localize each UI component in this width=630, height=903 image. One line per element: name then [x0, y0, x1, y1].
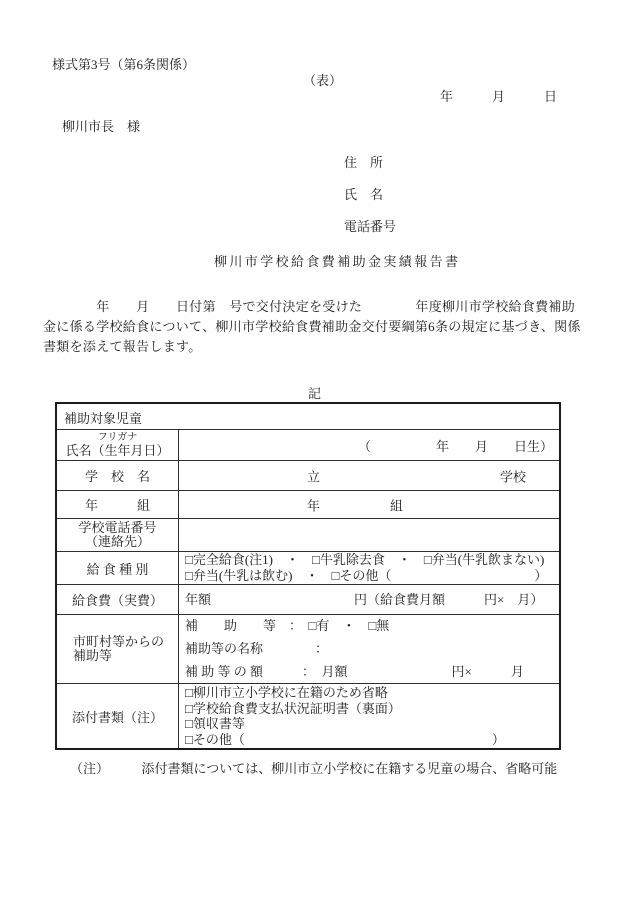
meal-type-options-line2: □弁当(牛乳は飲む) ・ □その他（ ）: [185, 568, 559, 584]
meal-type-label: 給 食 種 別: [87, 559, 149, 578]
attachment-item-4: □その他（ ）: [185, 732, 559, 748]
table-row-phone: 学校電話番号 （連絡先）: [57, 518, 559, 551]
subsidy-label-line1: 市町村等からの: [73, 635, 164, 649]
grade-year-text: 年: [307, 495, 320, 514]
meal-cost-line: 年額 円（給食費月額 円× 月）: [185, 592, 559, 608]
side-label: （表）: [303, 70, 342, 89]
report-table: 補助対象児童 フリガナ 氏名（生年月日） （ 年 月 日生） 学 校 名 立 学…: [55, 402, 561, 750]
attachments-value-cell: □柳川市立小学校に在籍のため省略 □学校給食費支払状況証明書（裏面） □領収書等…: [179, 684, 559, 748]
name-value-cell: （ 年 月 日生）: [179, 430, 559, 460]
school-label: 学 校 名: [85, 466, 150, 485]
subsidy-name-line: 補助等の名称 ：: [185, 641, 559, 657]
phone-value-cell: [179, 519, 559, 551]
table-row-name: フリガナ 氏名（生年月日） （ 年 月 日生）: [57, 429, 559, 460]
sender-name-label: 氏 名: [344, 184, 383, 203]
meal-cost-value-cell: 年額 円（給食費月額 円× 月）: [179, 585, 559, 614]
table-row-meal-type: 給 食 種 別 □完全給食(注1) ・ □牛乳除去食 ・ □弁当(牛乳飲まない)…: [57, 551, 559, 584]
subsidy-value-cell: 補 助 等 ： □有 ・ □無 補助等の名称 ： 補 助 等 の 額 ： 月額 …: [179, 615, 559, 683]
grade-value-cell: 年 組: [179, 491, 559, 518]
document-title: 柳川市学校給食費補助金実績報告書: [214, 251, 460, 270]
meal-type-value-cell: □完全給食(注1) ・ □牛乳除去食 ・ □弁当(牛乳飲まない) ・ □弁当(牛…: [179, 552, 559, 584]
document-page: 様式第3号（第6条関係） （表） 年 月 日 柳川市長 様 住 所 氏 名 電話…: [0, 0, 630, 903]
form-number: 様式第3号（第6条関係）: [52, 54, 195, 73]
ki-label: 記: [308, 383, 321, 402]
grade-class-text: 組: [390, 495, 403, 514]
meal-cost-label: 給食費（実費）: [72, 590, 163, 609]
addressee: 柳川市長 様: [62, 116, 140, 135]
birthdate-placeholder: （ 年 月 日生）: [358, 436, 553, 455]
school-phone-label: 学校電話番号: [78, 521, 156, 535]
school-phone-sublabel: （連絡先）: [85, 535, 150, 549]
body-line-3: 書類を添えて報告します。: [43, 337, 591, 357]
table-row-meal-cost: 給食費（実費） 年額 円（給食費月額 円× 月）: [57, 584, 559, 614]
footnote: （注） 添付書類については、柳川市立小学校に在籍する児童の場合、省略可能: [70, 758, 557, 777]
attachment-item-2: □学校給食費支払状況証明書（裏面）: [185, 701, 559, 717]
body-line-2: 金に係る学校給食について、柳川市学校給食費補助金交付要綱第6条の規定に基づき、関…: [43, 317, 591, 337]
table-row-attachments: 添付書類（注） □柳川市立小学校に在籍のため省略 □学校給食費支払状況証明書（裏…: [57, 683, 559, 748]
table-row-school: 学 校 名 立 学校: [57, 460, 559, 490]
meal-type-options-line1: □完全給食(注1) ・ □牛乳除去食 ・ □弁当(牛乳飲まない) ・: [185, 552, 559, 568]
grade-label: 年 組: [85, 495, 150, 514]
date-line: 年 月 日: [440, 86, 557, 105]
attachment-item-1: □柳川市立小学校に在籍のため省略: [185, 685, 559, 701]
attachment-item-3: □領収書等: [185, 716, 559, 732]
sender-phone-label: 電話番号: [344, 216, 396, 235]
subsidy-amount-line: 補 助 等 の 額 ： 月額 円× 月: [185, 664, 559, 680]
subsidy-label-line2: 補助等: [73, 649, 112, 663]
table-row-header: 補助対象児童: [57, 404, 559, 429]
sender-address-label: 住 所: [344, 152, 383, 171]
subsidy-presence-line: 補 助 等 ： □有 ・ □無: [185, 618, 559, 634]
table-header-label: 補助対象児童: [57, 404, 559, 429]
table-row-subsidy: 市町村等からの 補助等 補 助 等 ： □有 ・ □無 補助等の名称 ： 補 助…: [57, 614, 559, 683]
school-gakkou-text: 学校: [500, 466, 526, 485]
body-line-1: 年 月 日付第 号で交付決定を受けた 年度柳川市学校給食費補助: [43, 297, 591, 317]
table-row-grade: 年 組 年 組: [57, 490, 559, 518]
school-value-cell: 立 学校: [179, 461, 559, 490]
name-label: 氏名（生年月日）: [65, 444, 169, 458]
school-ritsu-text: 立: [307, 466, 320, 485]
body-paragraph: 年 月 日付第 号で交付決定を受けた 年度柳川市学校給食費補助 金に係る学校給食…: [43, 297, 591, 357]
attachments-label: 添付書類（注）: [72, 707, 163, 726]
